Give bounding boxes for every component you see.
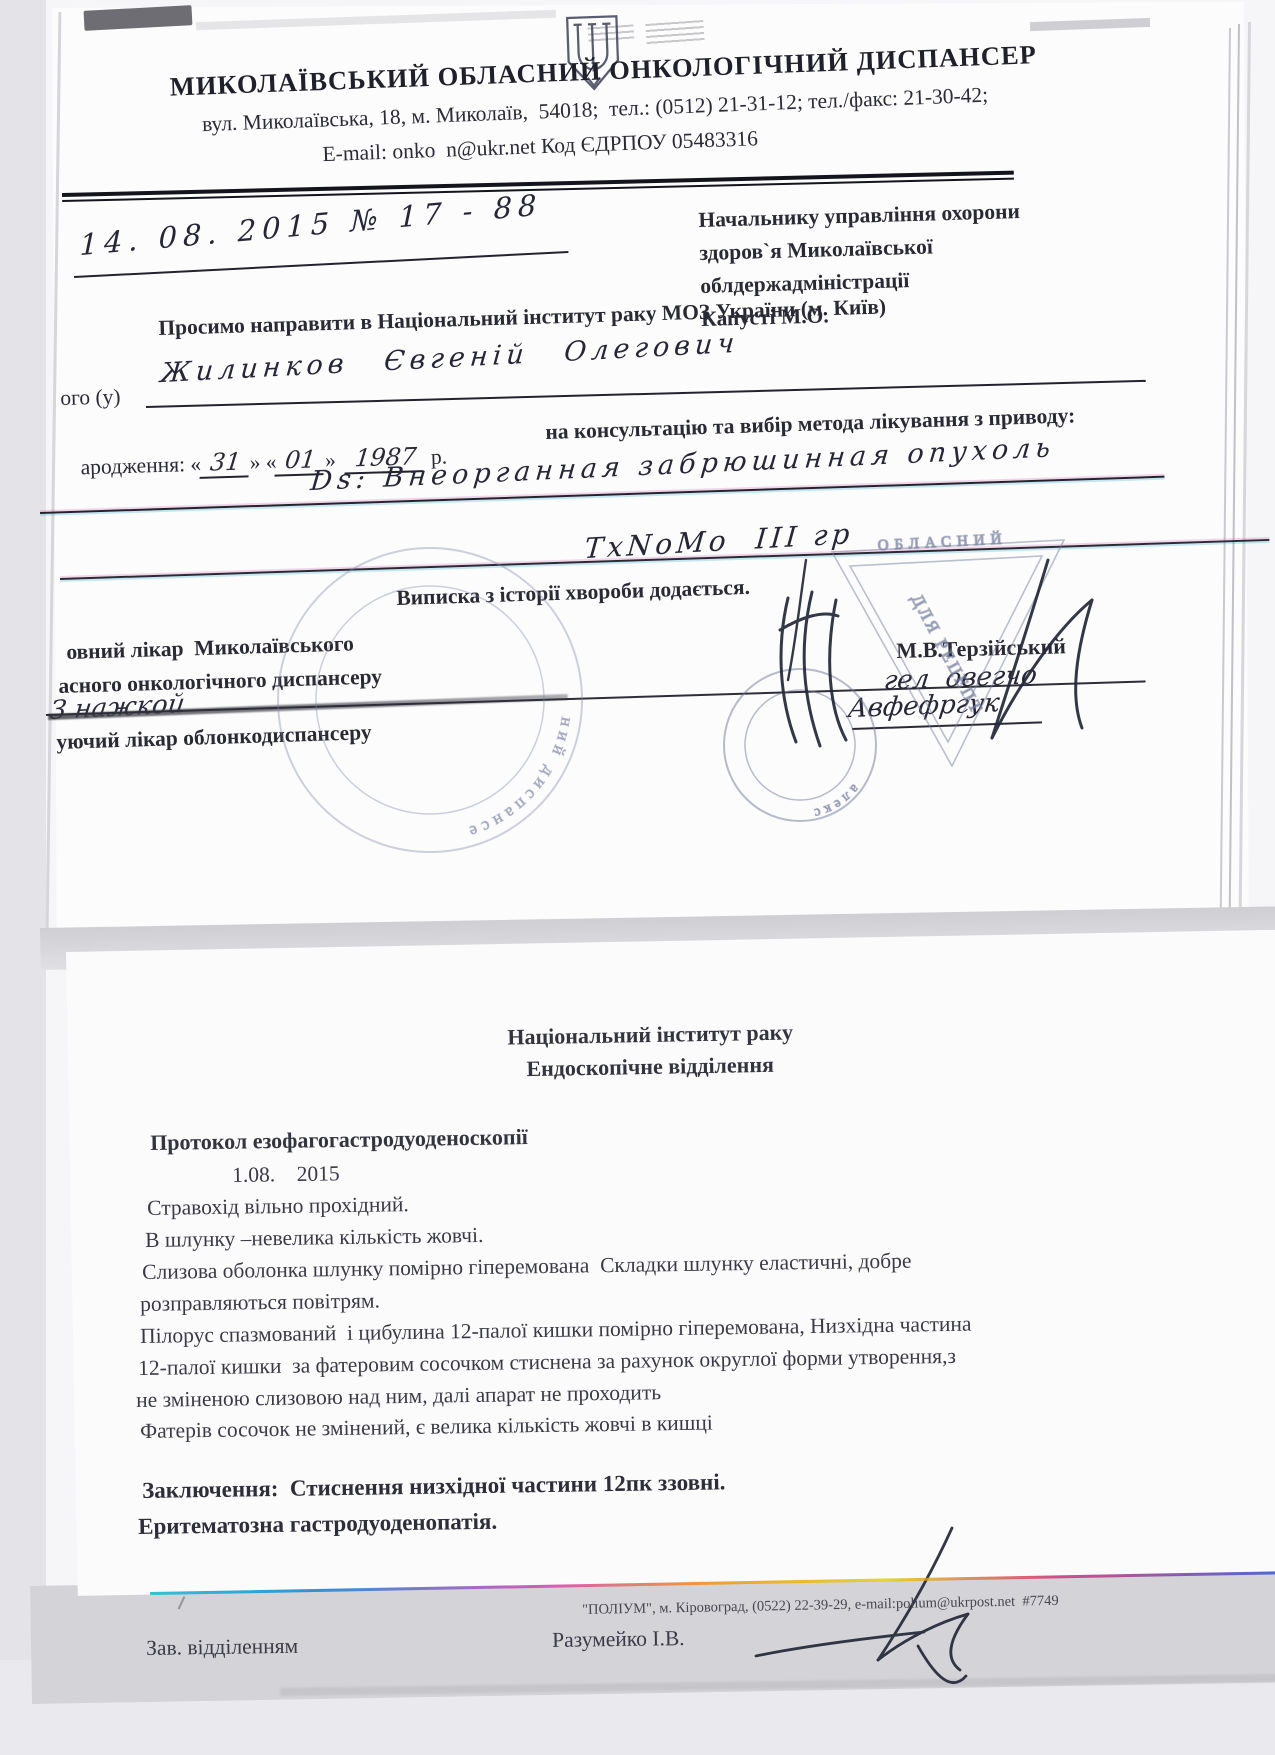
birth-mid1: » « <box>249 450 277 475</box>
patient-label: ого (у) <box>60 385 121 411</box>
protocol-date: 1.08. 2015 <box>232 1161 340 1188</box>
razumeiko-name: Разумейко І.В. <box>552 1626 685 1653</box>
scan-marks-top-center-2 <box>645 20 704 46</box>
right-handwritten-2: Авфефргук <box>846 688 1001 724</box>
protocol-line-2: В шлунку –невелика кількість жовчі. <box>145 1223 484 1253</box>
protocol-line-1: Стравохід вільно прохідний. <box>147 1192 409 1221</box>
birth-prefix: ародження: « <box>80 452 201 480</box>
protocol-line-4: розправляються повітрям. <box>140 1288 380 1317</box>
scanned-document-canvas: МИКОЛАЇВСЬКИЙ ОБЛАСНИЙ ОНКОЛОГІЧНИЙ ДИСП… <box>0 0 1275 1755</box>
scanner-left-margin <box>0 0 46 1755</box>
birth-day-handwritten: 31 <box>199 447 251 479</box>
head-of-department-label: Зав. відділенням <box>146 1634 298 1661</box>
terziyskiy-name: М.В.Терзійський <box>896 633 1066 664</box>
conclusion-line-2: Еритематозна гастродуоденопатія. <box>138 1509 497 1540</box>
